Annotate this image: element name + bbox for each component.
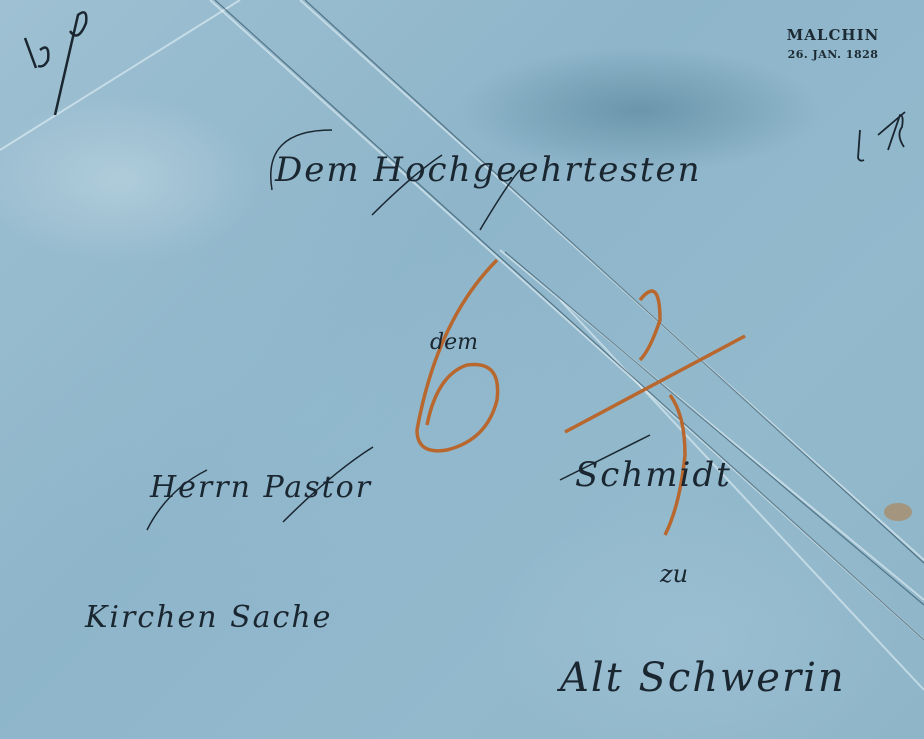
recipient-title: Herrn Pastor (150, 470, 372, 505)
recipient-name: Schmidt (575, 455, 732, 495)
postmark-stamp: MALCHIN 26. JAN. 1828 (768, 26, 898, 61)
zu-text: zu (660, 560, 688, 588)
letter-cover: MALCHIN 26. JAN. 1828 15/. 1 ⅘ Dem Hochg… (0, 0, 924, 739)
postmark-town: MALCHIN (768, 26, 898, 44)
salutation-text: Dem Hochgeehrtesten (275, 150, 702, 190)
kirchen-sache-note: Kirchen Sache (85, 600, 332, 635)
destination-text: Alt Schwerin (560, 655, 846, 701)
postmark-date: 26. JAN. 1828 (768, 48, 898, 61)
